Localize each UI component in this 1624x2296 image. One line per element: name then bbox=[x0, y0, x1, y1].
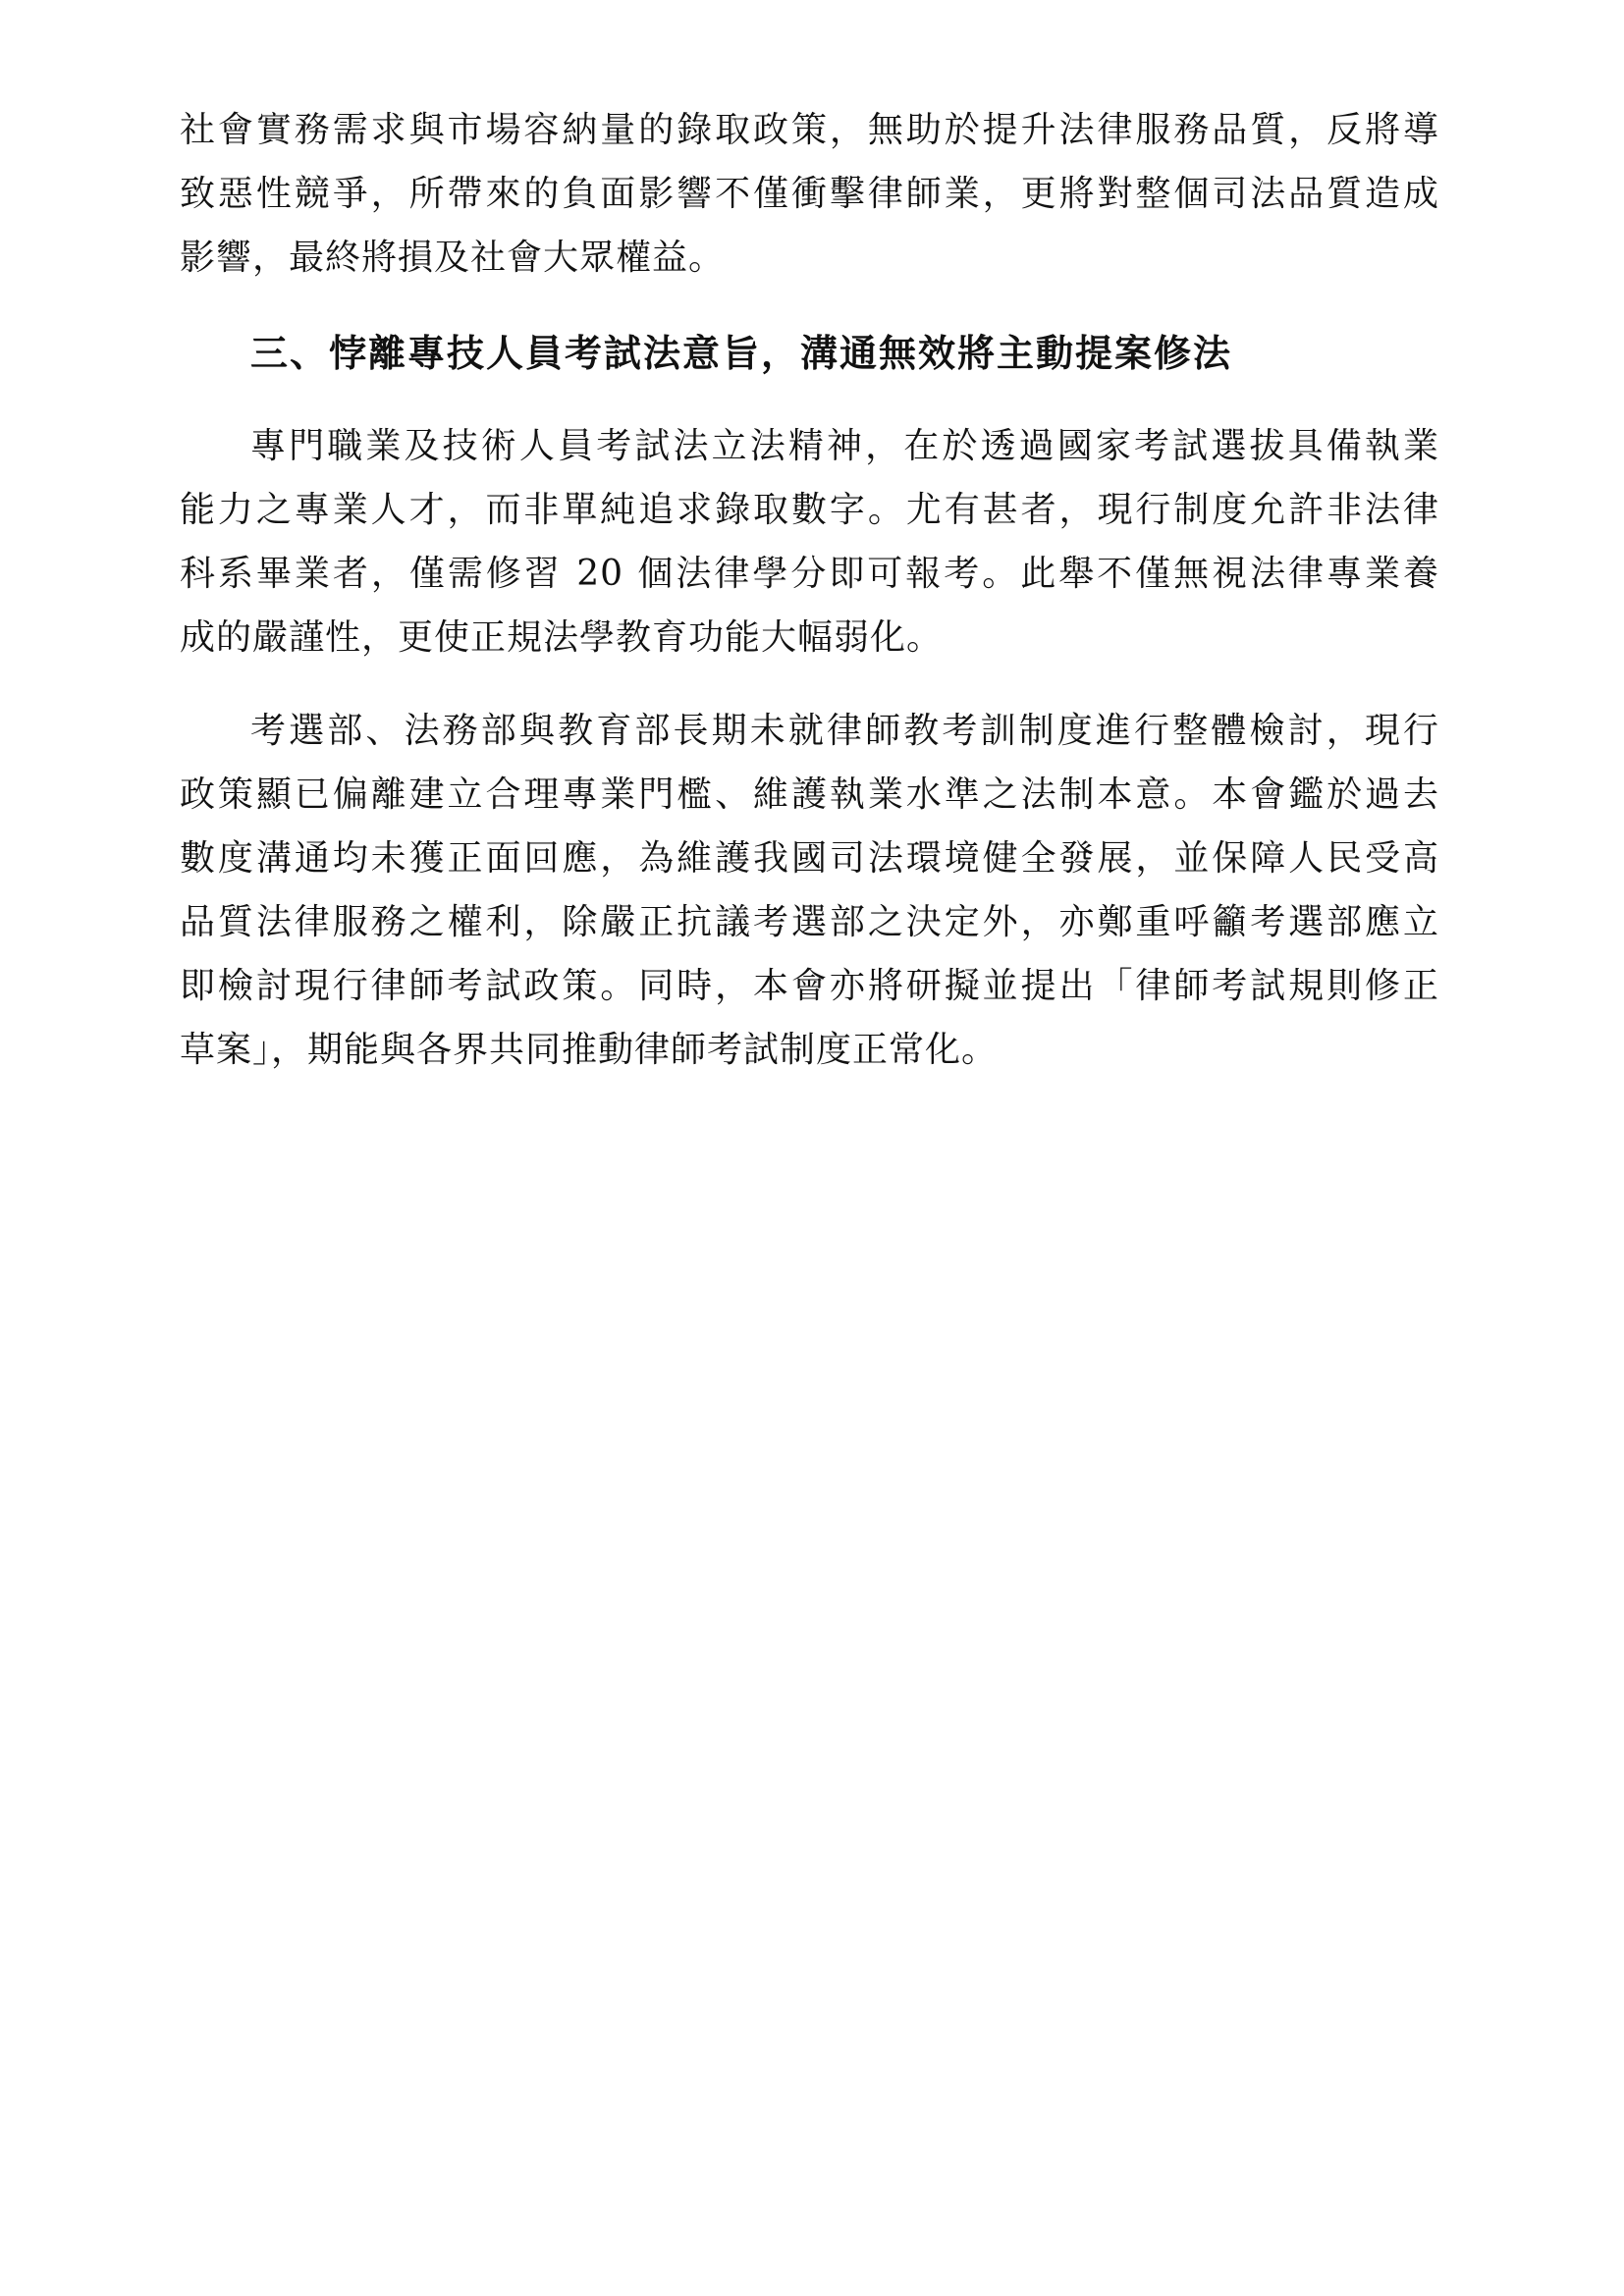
section-heading: 三、悖離專技人員考試法意旨，溝通無效將主動提案修法 bbox=[250, 324, 1232, 383]
paragraph-line: 成的嚴謹性，更使正規法學教育功能大幅弱化。 bbox=[180, 609, 1439, 667]
paragraph-line: 致惡性競爭，所帶來的負面影響不僅衝擊律師業，更將對整個司法品質造成 bbox=[180, 165, 1439, 224]
paragraph-line: 即檢討現行律師考試政策。同時，本會亦將研擬並提出「律師考試規則修正 bbox=[180, 957, 1439, 1016]
paragraph-line: 品質法律服務之權利，除嚴正抗議考選部之決定外，亦鄭重呼籲考選部應立 bbox=[180, 893, 1439, 952]
paragraph-line: 社會實務需求與市場容納量的錄取政策，無助於提升法律服務品質，反將導 bbox=[180, 101, 1439, 160]
paragraph-line: 數度溝通均未獲正面回應，為維護我國司法環境健全發展，並保障人民受高 bbox=[180, 829, 1439, 888]
paragraph-line: 專門職業及技術人員考試法立法精神，在於透過國家考試選拔具備執業 bbox=[180, 417, 1439, 476]
paragraph-line: 影響，最終將損及社會大眾權益。 bbox=[180, 229, 1439, 288]
paragraph-line: 考選部、法務部與教育部長期未就律師教考訓制度進行整體檢討，現行 bbox=[180, 702, 1439, 761]
paragraph-line: 能力之專業人才，而非單純追求錄取數字。尤有甚者，現行制度允許非法律 bbox=[180, 481, 1439, 540]
paragraph-line: 草案」，期能與各界共同推動律師考試制度正常化。 bbox=[180, 1021, 1439, 1080]
paragraph-line: 科系畢業者，僅需修習 20 個法律學分即可報考。此舉不僅無視法律專業養 bbox=[180, 545, 1439, 604]
paragraph-line: 政策顯已偏離建立合理專業門檻、維護執業水準之法制本意。本會鑑於過去 bbox=[180, 766, 1439, 825]
